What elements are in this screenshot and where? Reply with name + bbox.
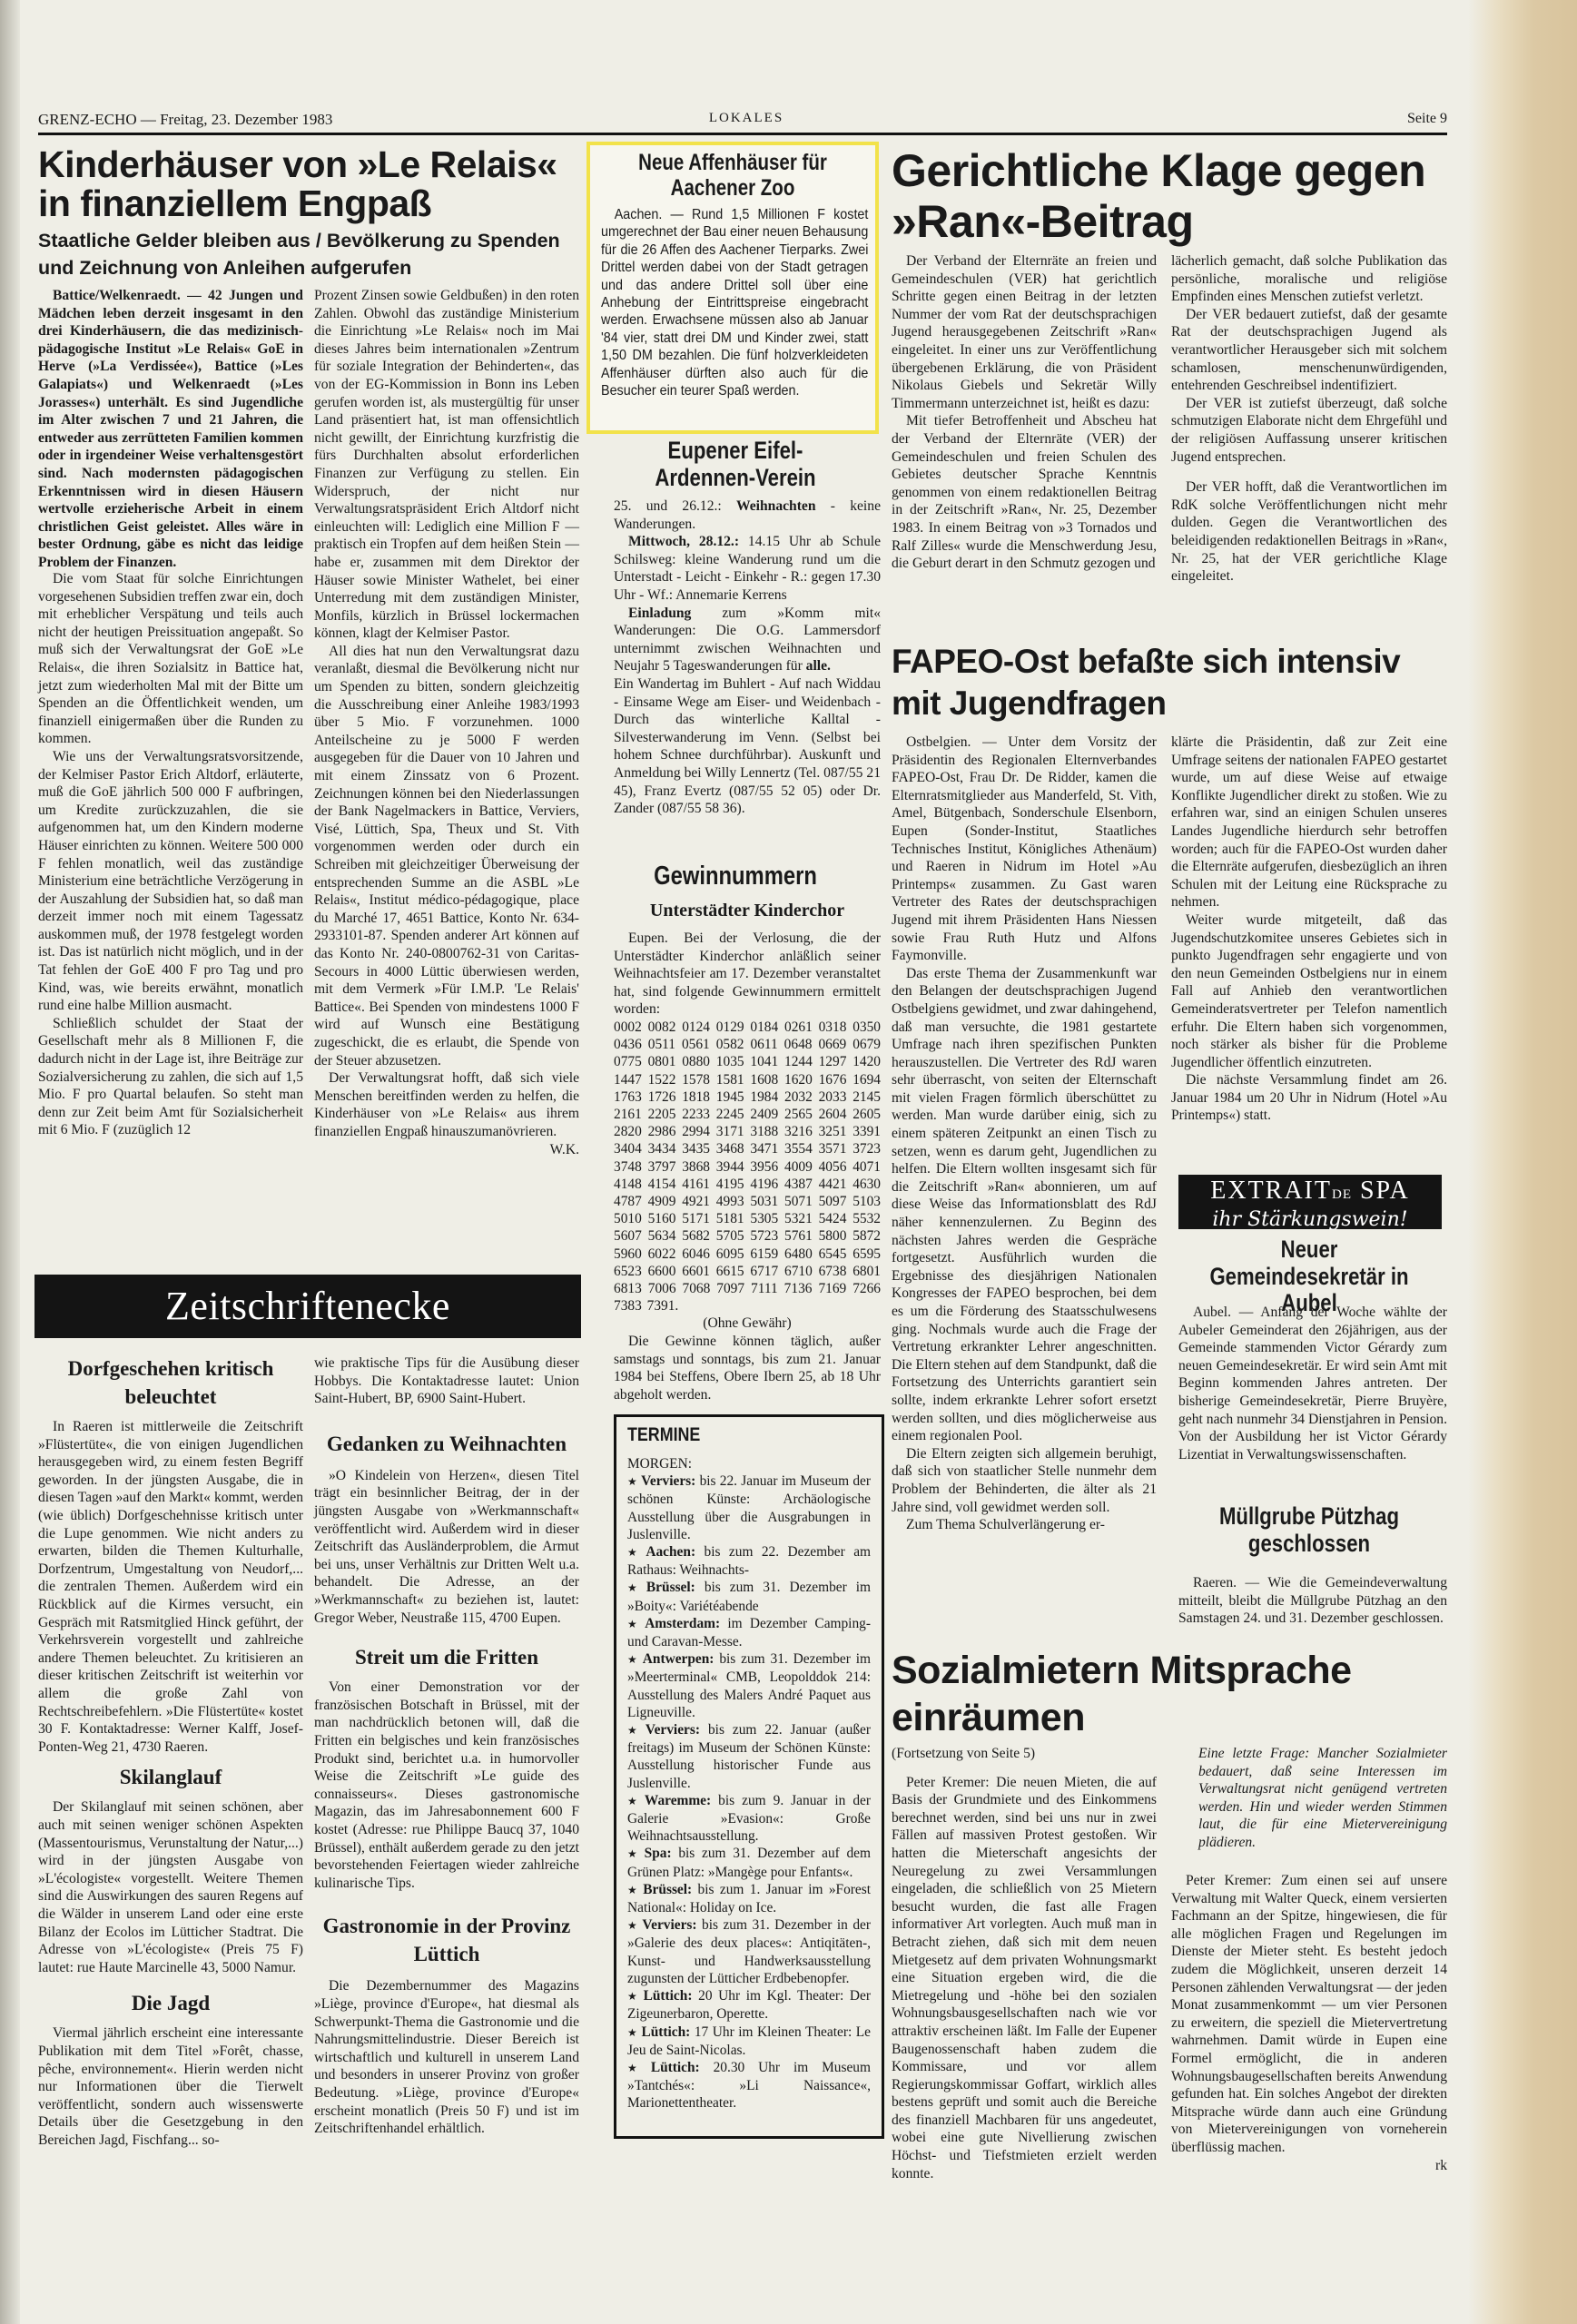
- sozial-column-1: (Fortsetzung von Seite 5) Peter Kremer: …: [892, 1745, 1157, 2182]
- gewinn-column: Eupen. Bei der Verlosung, die der Unters…: [614, 930, 881, 1403]
- relais-paragraph: Wie uns der Verwaltungsratsvorsitzende, …: [38, 748, 303, 1015]
- gewinn-outro: Die Gewinne können täglich, außer samsta…: [614, 1333, 881, 1403]
- termine-list: MORGEN: ★Verviers: bis 22. Januar im Mus…: [627, 1455, 871, 2112]
- zoo-body: Aachen. — Rund 1,5 Millionen F kostet um…: [601, 206, 868, 399]
- star-icon: ★: [627, 2062, 647, 2074]
- termine-item: ★Aachen: bis zum 22. Dezember am Rathaus…: [627, 1543, 871, 1579]
- termine-item: ★Lüttich: 20 Uhr im Kgl. Theater: Der Zi…: [627, 1987, 871, 2023]
- jagd-body: Viermal jährlich erscheint eine interess…: [38, 2024, 303, 2149]
- sozial-column-2: Peter Kremer: Zum einen sei auf unsere V…: [1171, 1872, 1447, 2174]
- termine-item: ★Brüssel: bis zum 31. Dezember im »Boity…: [627, 1579, 871, 1614]
- page-edge-right: [1468, 0, 1577, 2324]
- relais-lead: Battice/Welkenraedt. — 42 Jungen und Mäd…: [38, 287, 303, 572]
- termine-item: ★Brüssel: bis zum 1. Januar im »Forest N…: [627, 1881, 871, 1916]
- star-icon: ★: [627, 1618, 641, 1630]
- zeitschriften-column-2: wie praktische Tips für die Ausübung die…: [314, 1354, 579, 2138]
- extrait-de-spa-ad: EXTRAITDE SPA ihr Stärkungswein!: [1178, 1175, 1442, 1229]
- sozial-paragraph: Peter Kremer: Die neuen Mieten, die auf …: [892, 1774, 1157, 2183]
- zeitschriftenecke-banner: Zeitschriftenecke: [34, 1275, 581, 1338]
- ad-brand: EXTRAITDE SPA: [1178, 1175, 1442, 1209]
- weihnachten-headline: Gedanken zu Weihnachten: [314, 1430, 579, 1458]
- relais-column-1b: Die vom Staat für solche Einrichtungen v…: [38, 570, 303, 1139]
- termine-box: TERMINE MORGEN: ★Verviers: bis 22. Janua…: [614, 1414, 884, 2139]
- termine-item: ★Amsterdam: im Dezember Camping- und Car…: [627, 1615, 871, 1650]
- masthead-rule: [38, 133, 1447, 135]
- termine-item: ★Verviers: bis zum 31. Dezember in der »…: [627, 1916, 871, 1987]
- relais-paragraph: Schließlich schuldet der Staat der Gesel…: [38, 1015, 303, 1139]
- zeitschriften-column-1: Dorfgeschehen kritisch beleuchtet In Rae…: [38, 1354, 303, 2150]
- star-icon: ★: [627, 1475, 637, 1488]
- fapeo-paragraph: Ostbelgien. — Unter dem Vorsitz der Präs…: [892, 734, 1157, 965]
- weihnachten-body: »O Kindelein von Herzen«, diesen Titel t…: [314, 1467, 579, 1627]
- termine-title: TERMINE: [627, 1424, 834, 1446]
- muell-column: Raeren. — Wie die Gemeindeverwaltung mit…: [1178, 1574, 1447, 1628]
- fritten-headline: Streit um die Fritten: [314, 1643, 579, 1671]
- termine-morgen: MORGEN:: [627, 1455, 871, 1472]
- klage-column-1: Der Verband der Elternräte an freien und…: [892, 252, 1157, 573]
- termine-item: ★Antwerpen: bis zum 31. Dezember im »Mee…: [627, 1650, 871, 1721]
- star-icon: ★: [627, 1847, 641, 1860]
- relais-paragraph: All dies hat nun den Verwaltungsrat dazu…: [314, 643, 579, 1069]
- star-icon: ★: [627, 1653, 639, 1666]
- masthead: GRENZ-ECHO — Freitag, 23. Dezember 1983 …: [38, 107, 1447, 131]
- sozial-headline: Sozialmietern Mitsprache einräumen: [892, 1647, 1454, 1741]
- sozial-continuation: (Fortsetzung von Seite 5): [892, 1745, 1157, 1763]
- eifel-paragraph: Ein Wandertag im Buhlert - Auf nach Widd…: [614, 675, 881, 818]
- relais-paragraph: Prozent Zinsen sowie Geldbußen) in den r…: [314, 287, 579, 643]
- star-icon: ★: [627, 1581, 643, 1594]
- star-icon: ★: [627, 1919, 638, 1932]
- relais-subhead: Staatliche Gelder bleiben aus / Bevölker…: [38, 227, 583, 281]
- fapeo-paragraph: Die Eltern zeigten sich allgemein beruhi…: [892, 1445, 1157, 1516]
- aubel-column: Aubel. — Anfang der Woche wählte der Aub…: [1178, 1304, 1447, 1463]
- termine-item: ★Waremme: bis zum 9. Januar in der Galer…: [627, 1792, 871, 1846]
- aubel-body: Aubel. — Anfang der Woche wählte der Aub…: [1178, 1304, 1447, 1463]
- star-icon: ★: [627, 1990, 640, 2003]
- ad-slogan: ihr Stärkungswein!: [1178, 1209, 1442, 1231]
- gewinn-subhead: Unterstädter Kinderchor: [614, 899, 881, 923]
- zoo-article-box: Neue Affenhäuser für Aachener Zoo Aachen…: [586, 142, 879, 434]
- sozial-signature: rk: [1171, 2157, 1447, 2175]
- star-icon: ★: [627, 1795, 641, 1807]
- klage-paragraph: lächerlich gemacht, daß solche Publikati…: [1171, 252, 1447, 306]
- star-icon: ★: [627, 1724, 642, 1737]
- dorf-headline: Dorfgeschehen kritisch beleuchtet: [38, 1354, 303, 1411]
- jagd-continuation: wie praktische Tips für die Ausübung die…: [314, 1354, 579, 1408]
- gewinn-headline: Gewinnummern: [624, 862, 847, 891]
- fapeo-paragraph: Die nächste Versammlung findet am 26. Ja…: [1171, 1071, 1447, 1125]
- gewinn-number-list: 0002 0082 0124 0129 0184 0261 0318 0350 …: [614, 1019, 881, 1315]
- fapeo-paragraph: Zum Thema Schulverlängerung er-: [892, 1516, 1157, 1534]
- gewinn-disclaimer: (Ohne Gewähr): [614, 1315, 881, 1333]
- klage-headline: Gerichtliche Klage gegen »Ran«-Beitrag: [892, 145, 1454, 247]
- klage-column-2: lächerlich gemacht, daß solche Publikati…: [1171, 252, 1447, 586]
- zoo-headline: Neue Affenhäuser für Aachener Zoo: [625, 151, 841, 201]
- fapeo-column-2: klärte die Präsidentin, daß zur Zeit ein…: [1171, 734, 1447, 1125]
- relais-column-1: Battice/Welkenraedt. — 42 Jungen und Mäd…: [38, 287, 303, 572]
- page-number: Seite 9: [1407, 111, 1447, 127]
- gewinn-intro: Eupen. Bei der Verlosung, die der Unters…: [614, 930, 881, 1019]
- relais-signature: W.K.: [314, 1141, 579, 1159]
- relais-paragraph: Der Verwaltungsrat hofft, daß sich viele…: [314, 1069, 579, 1140]
- fapeo-paragraph: Das erste Thema der Zusammenkunft war de…: [892, 965, 1157, 1445]
- termine-item: ★Verviers: bis 22. Januar im Museum der …: [627, 1472, 871, 1543]
- eifel-paragraph: 25. und 26.12.: Weihnachten - keine Wand…: [614, 497, 881, 533]
- sozial-question: Eine letzte Frage: Mancher Sozialmieter …: [1198, 1745, 1447, 1852]
- relais-column-2: Prozent Zinsen sowie Geldbußen) in den r…: [314, 287, 579, 1158]
- eifel-paragraph: Mittwoch, 28.12.: 14.15 Uhr ab Schule Sc…: [614, 533, 881, 604]
- dorf-body: In Raeren ist mittlerweile die Zeitschri…: [38, 1418, 303, 1756]
- gastronomie-headline: Gastronomie in der Provinz Lüttich: [314, 1912, 579, 1968]
- klage-paragraph: Der Verband der Elternräte an freien und…: [892, 252, 1157, 412]
- eifel-column: 25. und 26.12.: Weihnachten - keine Wand…: [614, 497, 881, 818]
- fapeo-column-1: Ostbelgien. — Unter dem Vorsitz der Präs…: [892, 734, 1157, 1534]
- star-icon: ★: [627, 2026, 637, 2039]
- muell-headline: Müllgrube Pützhag geschlossen: [1196, 1503, 1422, 1557]
- star-icon: ★: [627, 1884, 639, 1896]
- ski-body: Der Skilanglauf mit seinen schönen, aber…: [38, 1798, 303, 1976]
- eifel-paragraph: Einladung zum »Komm mit« Wanderungen: Di…: [614, 605, 881, 675]
- fapeo-paragraph: klärte die Präsidentin, daß zur Zeit ein…: [1171, 734, 1447, 911]
- newspaper-date: GRENZ-ECHO — Freitag, 23. Dezember 1983: [38, 111, 332, 129]
- termine-item: ★Verviers: bis zum 22. Januar (außer fre…: [627, 1721, 871, 1792]
- fapeo-headline: FAPEO-Ost befaßte sich intensiv mit Juge…: [892, 641, 1454, 724]
- klage-paragraph: Der VER hofft, daß die Verantwortlichen …: [1171, 478, 1447, 586]
- zoo-body-column: Aachen. — Rund 1,5 Millionen F kostet um…: [601, 206, 868, 399]
- eifel-headline: Eupener Eifel-Ardennen-Verein: [624, 438, 847, 491]
- gastronomie-body: Die Dezembernummer des Magazins »Liège, …: [314, 1977, 579, 2137]
- jagd-headline: Die Jagd: [38, 1989, 303, 2017]
- fapeo-paragraph: Weiter wurde mitgeteilt, daß das Jugends…: [1171, 911, 1447, 1071]
- sozial-paragraph: Peter Kremer: Zum einen sei auf unsere V…: [1171, 1872, 1447, 2157]
- klage-paragraph: Mit tiefer Betroffenheit und Abscheu hat…: [892, 412, 1157, 572]
- muell-body: Raeren. — Wie die Gemeindeverwaltung mit…: [1178, 1574, 1447, 1628]
- termine-item: ★Lüttich: 17 Uhr im Kleinen Theater: Le …: [627, 2024, 871, 2059]
- ski-headline: Skilanglauf: [38, 1763, 303, 1791]
- star-icon: ★: [627, 1546, 642, 1559]
- klage-paragraph: Der VER bedauert zutiefst, daß der gesam…: [1171, 306, 1447, 395]
- termine-item: ★Spa: bis zum 31. Dezember auf dem Grüne…: [627, 1845, 871, 1880]
- page-binding-edge: [0, 0, 20, 2324]
- fritten-body: Von einer Demonstration vor der französi…: [314, 1679, 579, 1892]
- termine-item: ★Lüttich: 20.30 Uhr im Museum »Tantchés«…: [627, 2059, 871, 2112]
- section-name: LOKALES: [619, 111, 873, 126]
- relais-paragraph: Die vom Staat für solche Einrichtungen v…: [38, 570, 303, 748]
- klage-paragraph: Der VER ist zutiefst überzeugt, daß solc…: [1171, 395, 1447, 466]
- relais-headline: Kinderhäuser von »Le Relais« in finanzie…: [38, 145, 583, 223]
